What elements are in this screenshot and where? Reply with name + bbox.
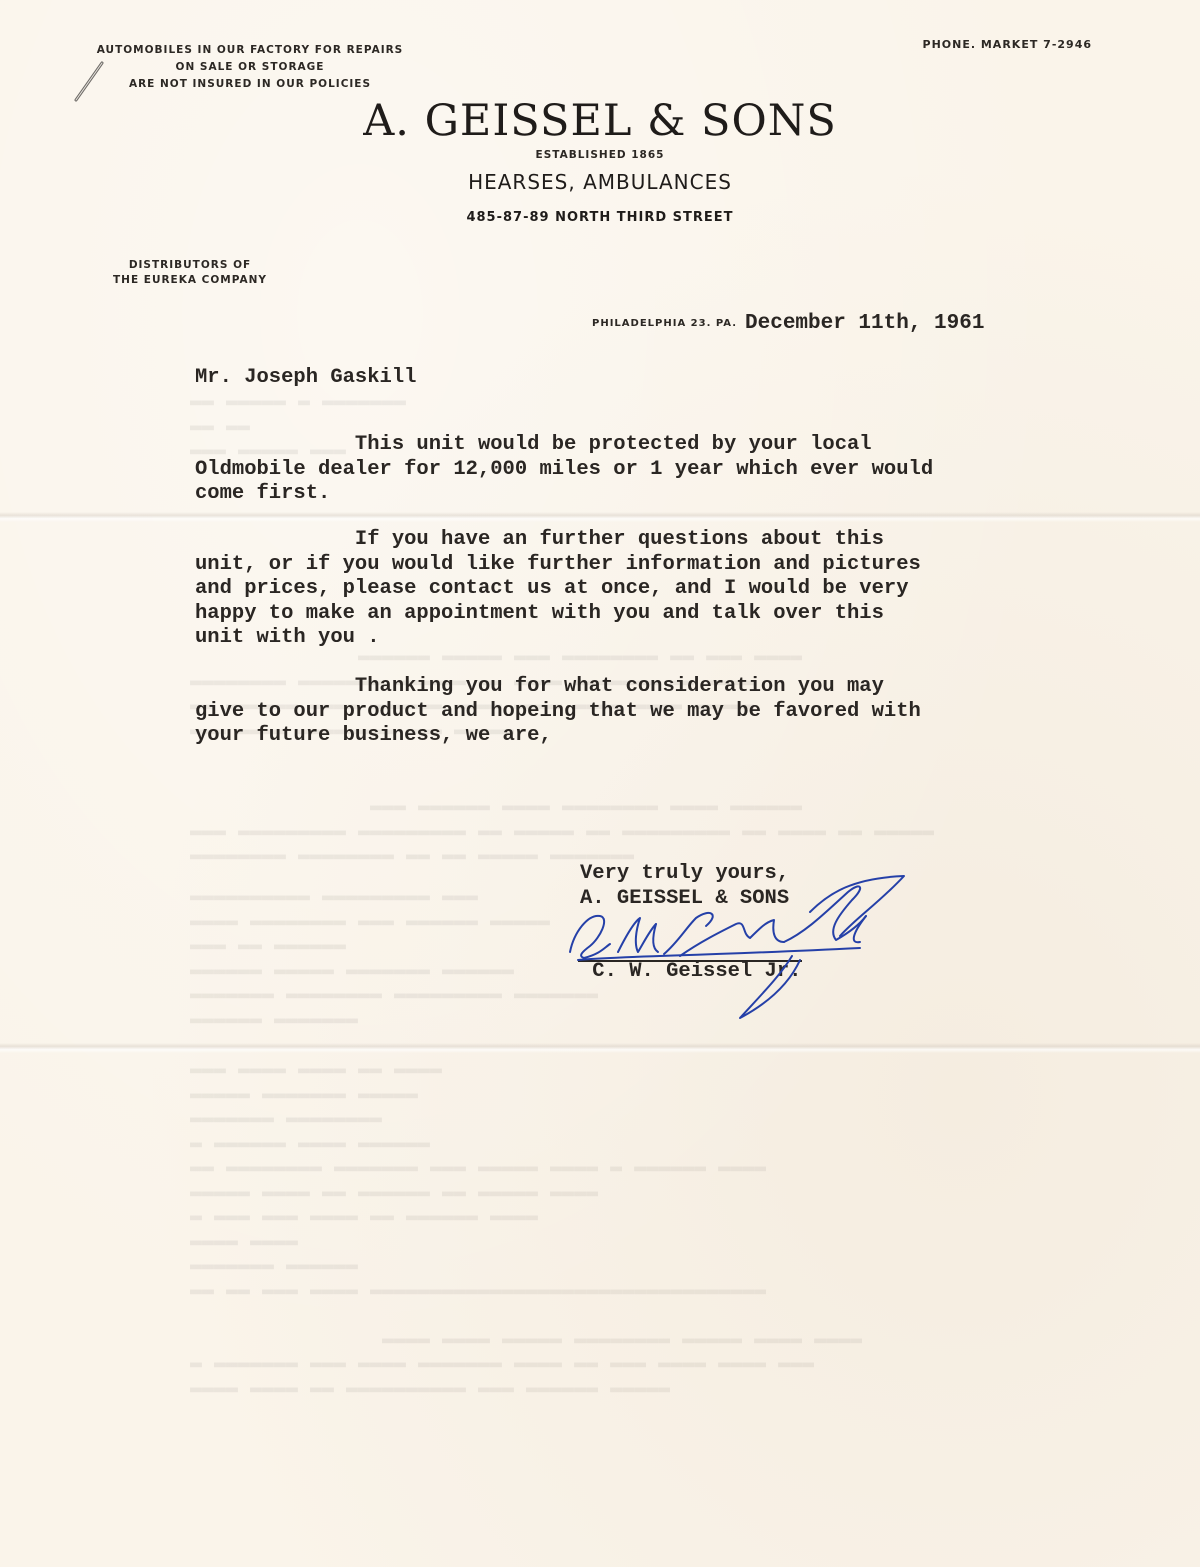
letter-date: December 11th, 1961: [745, 312, 984, 335]
phone-number: PHONE. MARKET 7-2946: [923, 38, 1092, 51]
paragraph-contact: If you have an further questions about t…: [195, 528, 1095, 651]
paragraph-warranty: This unit would be protected by your loc…: [195, 433, 1095, 507]
disclaimer-line: ARE NOT INSURED IN OUR POLICIES: [80, 76, 420, 93]
distributors-note: DISTRIBUTORS OF THE EUREKA COMPANY: [80, 258, 300, 288]
company-address: 485-87-89 NORTH THIRD STREET: [0, 210, 1200, 225]
signature-icon: [560, 872, 910, 1022]
paper-fold-top: [0, 512, 1200, 522]
distributors-line: THE EUREKA COMPANY: [80, 273, 300, 288]
paragraph-thanks: Thanking you for what consideration you …: [195, 675, 1095, 749]
company-name: A. GEISSEL & SONS: [0, 96, 1200, 146]
lines-of-business: HEARSES, AMBULANCES: [0, 170, 1200, 194]
insurance-disclaimer: AUTOMOBILES IN OUR FACTORY FOR REPAIRS O…: [80, 42, 420, 93]
dateline: PHILADELPHIA 23. PA. December 11th, 1961: [592, 312, 984, 335]
paper-fold-bottom: [0, 1043, 1200, 1053]
bleed-through-text: ▬▬▬ ▬▬▬▬▬▬ ▬▬▬▬ ▬▬▬▬▬▬▬▬ ▬▬▬▬ ▬▬▬▬▬▬ ▬▬▬…: [190, 795, 934, 869]
distributors-line: DISTRIBUTORS OF: [80, 258, 300, 273]
bleed-through-text: ▬▬▬▬▬▬▬▬▬▬ ▬▬▬▬▬▬▬▬▬ ▬▬▬ ▬▬▬▬ ▬▬▬▬▬▬▬▬ ▬…: [190, 885, 598, 1032]
bleed-through-text: ▬▬▬ ▬▬▬▬ ▬▬▬▬ ▬▬ ▬▬▬▬ ▬▬▬▬▬ ▬▬▬▬▬▬▬ ▬▬▬▬…: [190, 1058, 862, 1401]
established-year: ESTABLISHED 1865: [0, 149, 1200, 161]
recipient: Mr. Joseph Gaskill: [195, 366, 416, 391]
disclaimer-line: AUTOMOBILES IN OUR FACTORY FOR REPAIRS: [80, 42, 420, 59]
disclaimer-line: ON SALE OR STORAGE: [80, 59, 420, 76]
city: PHILADELPHIA 23. PA.: [592, 318, 737, 329]
